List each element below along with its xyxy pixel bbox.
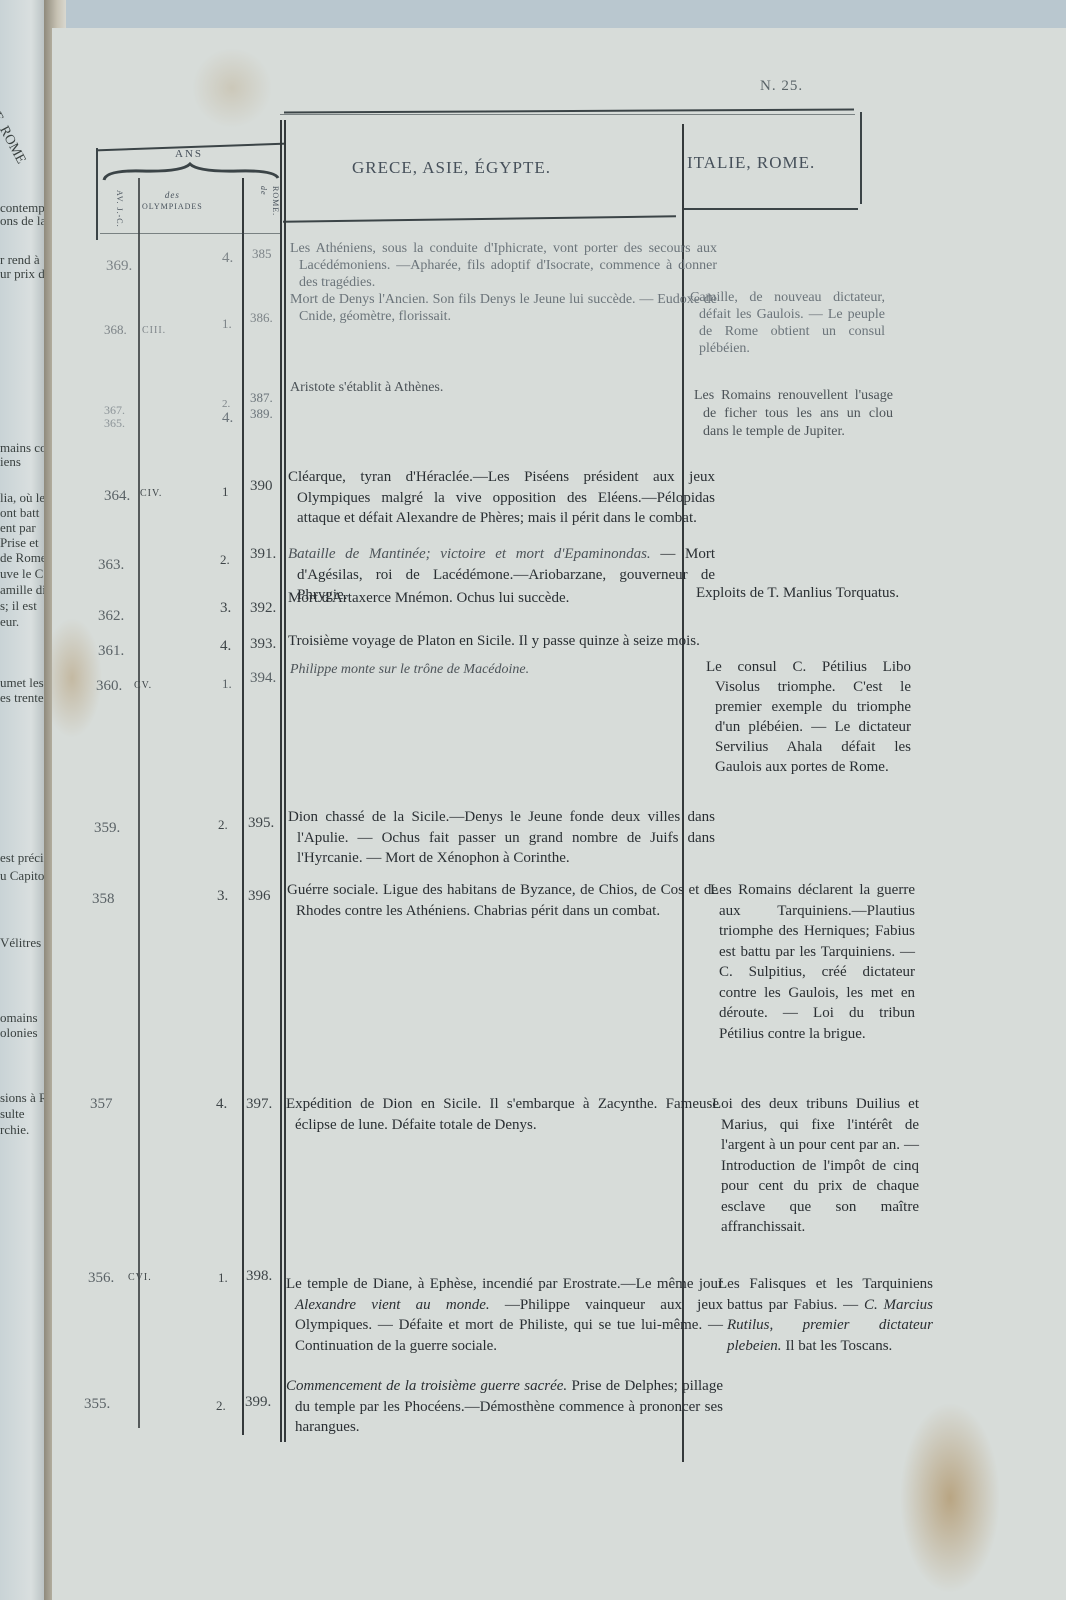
- rule-bc: [138, 178, 140, 1428]
- greece-entry: Aristote s'établit à Athènes.: [290, 378, 717, 399]
- facing-fragment: sulte: [0, 1106, 25, 1122]
- olympiad-year: 2.: [216, 1398, 226, 1414]
- greece-entry-italic: Commencement de la troisième guerre sacr…: [286, 1378, 567, 1394]
- bc-year: 357: [90, 1096, 113, 1113]
- bc-year: 359.: [94, 820, 120, 837]
- bc-year: 356.: [88, 1270, 114, 1287]
- greece-entry: Philippe monte sur le trône de Macédoine…: [290, 660, 717, 681]
- olympiad-number: CIII.: [142, 325, 166, 336]
- rome-year: 386.: [250, 310, 273, 326]
- rome-year: 385: [252, 246, 272, 262]
- olympiad-year: 1.: [218, 1270, 228, 1286]
- rule-rome-double: [284, 120, 286, 1442]
- bc-year: 361.: [98, 643, 124, 660]
- greece-entry: Commencement de la troisième guerre sacr…: [286, 1376, 723, 1438]
- facing-fragment: ent par: [0, 520, 36, 536]
- header-sub-rule: [100, 233, 280, 234]
- italie-entry: Loi des deux tribuns Duilius et Marius, …: [712, 1094, 919, 1238]
- bc-year: 369.: [106, 258, 132, 275]
- rome-year: 387.: [250, 390, 273, 406]
- bc-year: 360.: [96, 678, 122, 695]
- bc-year: 368.: [104, 322, 127, 338]
- facing-fragment: est préci: [0, 850, 44, 866]
- greece-entry: Mort de Denys l'Ancien. Son fils Denys l…: [290, 291, 717, 325]
- rome-year: 399.: [245, 1394, 271, 1411]
- facing-fragment: ont batt: [0, 505, 39, 521]
- italie-entry: Exploits de T. Manlius Torquatus.: [696, 583, 901, 604]
- facing-fragment: iens: [0, 454, 21, 470]
- rome-year: 390: [250, 478, 273, 495]
- greece-entry: Expédition de Dion en Sicile. Il s'embar…: [286, 1094, 719, 1135]
- header-right-border: [860, 112, 862, 204]
- rome-year: 393.: [250, 636, 276, 653]
- greece-entry: Mort d'Artaxerce Mnémon. Ochus lui succè…: [288, 588, 715, 609]
- facing-fragment: umet les: [0, 675, 44, 691]
- olympiad-year: 3.: [220, 600, 231, 617]
- column-header-greece: GRECE, ASIE, ÉGYPTE.: [352, 158, 551, 178]
- olympiad-number: CV.: [134, 680, 152, 691]
- facing-fragment: omains: [0, 1010, 38, 1026]
- facing-fragment: E, ROME: [0, 110, 28, 167]
- olympiad-year: 1: [222, 484, 229, 500]
- italie-entry: Camille, de nouveau dictateur, défait le…: [690, 289, 885, 357]
- header-des: des: [142, 190, 203, 201]
- greece-entry: Le temple de Diane, à Ephèse, incendié p…: [286, 1274, 723, 1356]
- olympiad-year: 4.: [222, 410, 233, 427]
- rome-year: 394.: [250, 670, 276, 687]
- header-av-jc: AV. J.-C.: [115, 190, 124, 228]
- olympiad-number: CVI.: [128, 1272, 152, 1283]
- rome-year: 398.: [246, 1268, 272, 1285]
- header-ans: ANS: [175, 148, 203, 160]
- olympiad-year: 4.: [220, 638, 231, 655]
- facing-fragment: rchie.: [0, 1122, 29, 1138]
- italie-entry-text: Il bat les Toscans.: [785, 1338, 892, 1354]
- facing-fragment: Prise et: [0, 535, 39, 551]
- page-number: N. 25.: [760, 78, 803, 95]
- bc-year: 355.: [84, 1396, 110, 1413]
- greece-entry: Les Athéniens, sous la conduite d'Iphicr…: [290, 240, 717, 291]
- greece-entry: Cléarque, tyran d'Héraclée.—Les Piséens …: [288, 467, 715, 529]
- rome-year: 392.: [250, 600, 276, 617]
- brace-icon: [102, 162, 282, 182]
- olympiad-year: 4.: [216, 1096, 227, 1113]
- header-olympiades-label: OLYMPIADES: [142, 201, 203, 212]
- facing-fragment: olonies: [0, 1025, 38, 1041]
- italie-entry: Les Romains déclarent la guerre aux Tarq…: [710, 880, 915, 1044]
- facing-fragment: ons de la: [0, 213, 46, 229]
- bc-year: 365.: [104, 416, 125, 431]
- facing-fragment: de Rome: [0, 550, 47, 566]
- facing-fragment: s; il est: [0, 598, 37, 614]
- greece-entry-text: Le temple de Diane, à Ephèse, incendié p…: [286, 1276, 723, 1292]
- rome-year: 389.: [250, 406, 273, 422]
- olympiad-year: 4.: [222, 250, 233, 267]
- olympiad-number: CIV.: [140, 488, 162, 499]
- bc-year: 364.: [104, 488, 130, 505]
- rome-year: 395.: [248, 815, 274, 832]
- greece-entry: Guérre sociale. Ligue des habitans de By…: [287, 880, 718, 921]
- header-olympiades: des OLYMPIADES: [142, 190, 203, 212]
- olympiad-year: 3.: [217, 888, 228, 905]
- olympiad-year: 1.: [222, 316, 232, 332]
- greece-entry-italic: Philippe monte sur le trône de Macédoine…: [290, 662, 529, 677]
- rule-rome: [280, 120, 282, 1442]
- facing-fragment: uve le C: [0, 566, 43, 582]
- italie-entry: Le consul C. Pétilius Libo Visolus triom…: [706, 657, 911, 777]
- bc-year: 358: [92, 891, 115, 908]
- italie-entry: Les Falisques et les Tarquiniens battus …: [718, 1274, 933, 1356]
- column-header-italie: ITALIE, ROME.: [687, 153, 815, 173]
- header-de: de: [259, 186, 268, 196]
- header-rome-year: ROME.: [271, 186, 280, 216]
- facing-fragment: ur prix de: [0, 266, 51, 282]
- facing-fragment: eur.: [0, 614, 19, 630]
- header-bottom-rule: [683, 208, 858, 210]
- bc-year: 362.: [98, 608, 124, 625]
- facing-fragment: Vélitres: [0, 935, 41, 951]
- header-left-border: [96, 148, 98, 240]
- greece-entry: Troisième voyage de Platon en Sicile. Il…: [288, 632, 715, 651]
- italie-entry: Les Romains renouvellent l'usage de fich…: [694, 387, 893, 441]
- greece-entry-italic: Bataille de Mantinée; victoire et mort d…: [288, 546, 651, 562]
- facing-fragment: amille di: [0, 582, 46, 598]
- olympiad-year: 2.: [218, 817, 228, 833]
- facing-fragment: lia, où le: [0, 490, 45, 506]
- greece-entry: Dion chassé de la Sicile.—Denys le Jeune…: [288, 807, 715, 869]
- olympiad-year: 2.: [222, 398, 230, 410]
- olympiad-year: 1.: [222, 676, 232, 692]
- olympiad-year: 2.: [220, 552, 230, 568]
- header-top-rule: [280, 114, 855, 115]
- rome-year: 397.: [246, 1096, 272, 1113]
- bc-year: 363.: [98, 557, 124, 574]
- rome-year: 391.: [250, 546, 276, 563]
- greece-entry-italic: Alexandre vient au monde.: [295, 1297, 490, 1313]
- rome-year: 396: [248, 888, 271, 905]
- rule-olympiad: [242, 178, 244, 1435]
